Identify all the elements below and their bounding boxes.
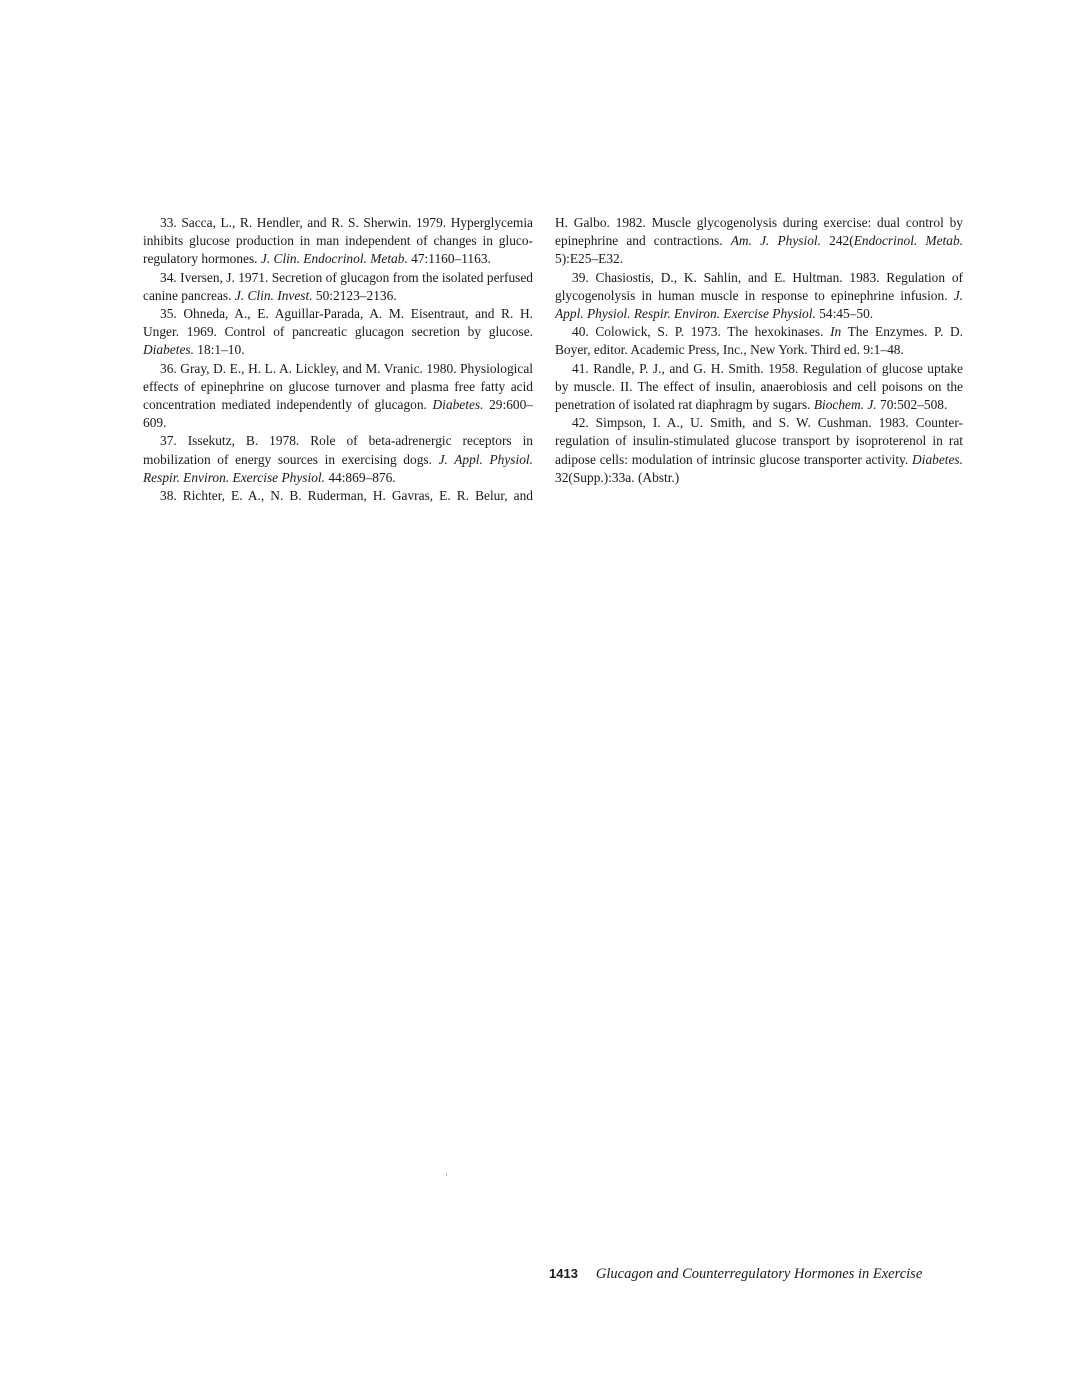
reference-41: 41. Randle, P. J., and G. H. Smith. 1958… bbox=[555, 360, 963, 415]
reference-35: 35. Ohneda, A., E. Aguillar-Parada, A. M… bbox=[143, 305, 533, 360]
journal-name: Diabetes. bbox=[912, 452, 963, 467]
journal-name: J. Clin. Endocrinol. Metab. bbox=[261, 251, 408, 266]
journal-name: Biochem. J. bbox=[814, 397, 877, 412]
references-column-left: 33. Sacca, L., R. Hendler, and R. S. She… bbox=[143, 214, 533, 505]
reference-38-continued: H. Galbo. 1982. Muscle glycogenolysis du… bbox=[555, 214, 963, 269]
reference-38-start: 38. Richter, E. A., N. B. Ruderman, H. G… bbox=[143, 487, 533, 505]
journal-name: J. Clin. Invest. bbox=[235, 288, 313, 303]
reference-36: 36. Gray, D. E., H. L. A. Lickley, and M… bbox=[143, 360, 533, 433]
journal-name: Diabetes. bbox=[433, 397, 484, 412]
reference-40: 40. Colowick, S. P. 1973. The hexokinase… bbox=[555, 323, 963, 359]
in-label: In bbox=[830, 324, 841, 339]
scan-artifact bbox=[446, 1173, 447, 1176]
journal-name: Am. J. Physiol. bbox=[731, 233, 821, 248]
reference-42: 42. Simpson, I. A., U. Smith, and S. W. … bbox=[555, 414, 963, 487]
journal-name: Diabetes. bbox=[143, 342, 194, 357]
page-footer: 1413 Glucagon and Counterregulatory Horm… bbox=[549, 1265, 922, 1283]
reference-34: 34. Iversen, J. 1971. Secretion of gluca… bbox=[143, 269, 533, 305]
reference-39: 39. Chasiostis, D., K. Sahlin, and E. Hu… bbox=[555, 269, 963, 324]
references-column-right: H. Galbo. 1982. Muscle glycogenolysis du… bbox=[555, 214, 963, 487]
page-number: 1413 bbox=[549, 1266, 578, 1281]
running-title: Glucagon and Counterregulatory Hormones … bbox=[596, 1266, 922, 1282]
reference-33: 33. Sacca, L., R. Hendler, and R. S. She… bbox=[143, 214, 533, 269]
journal-section: Endocrinol. Metab. bbox=[854, 233, 963, 248]
reference-37: 37. Issekutz, B. 1978. Role of beta-adre… bbox=[143, 432, 533, 487]
